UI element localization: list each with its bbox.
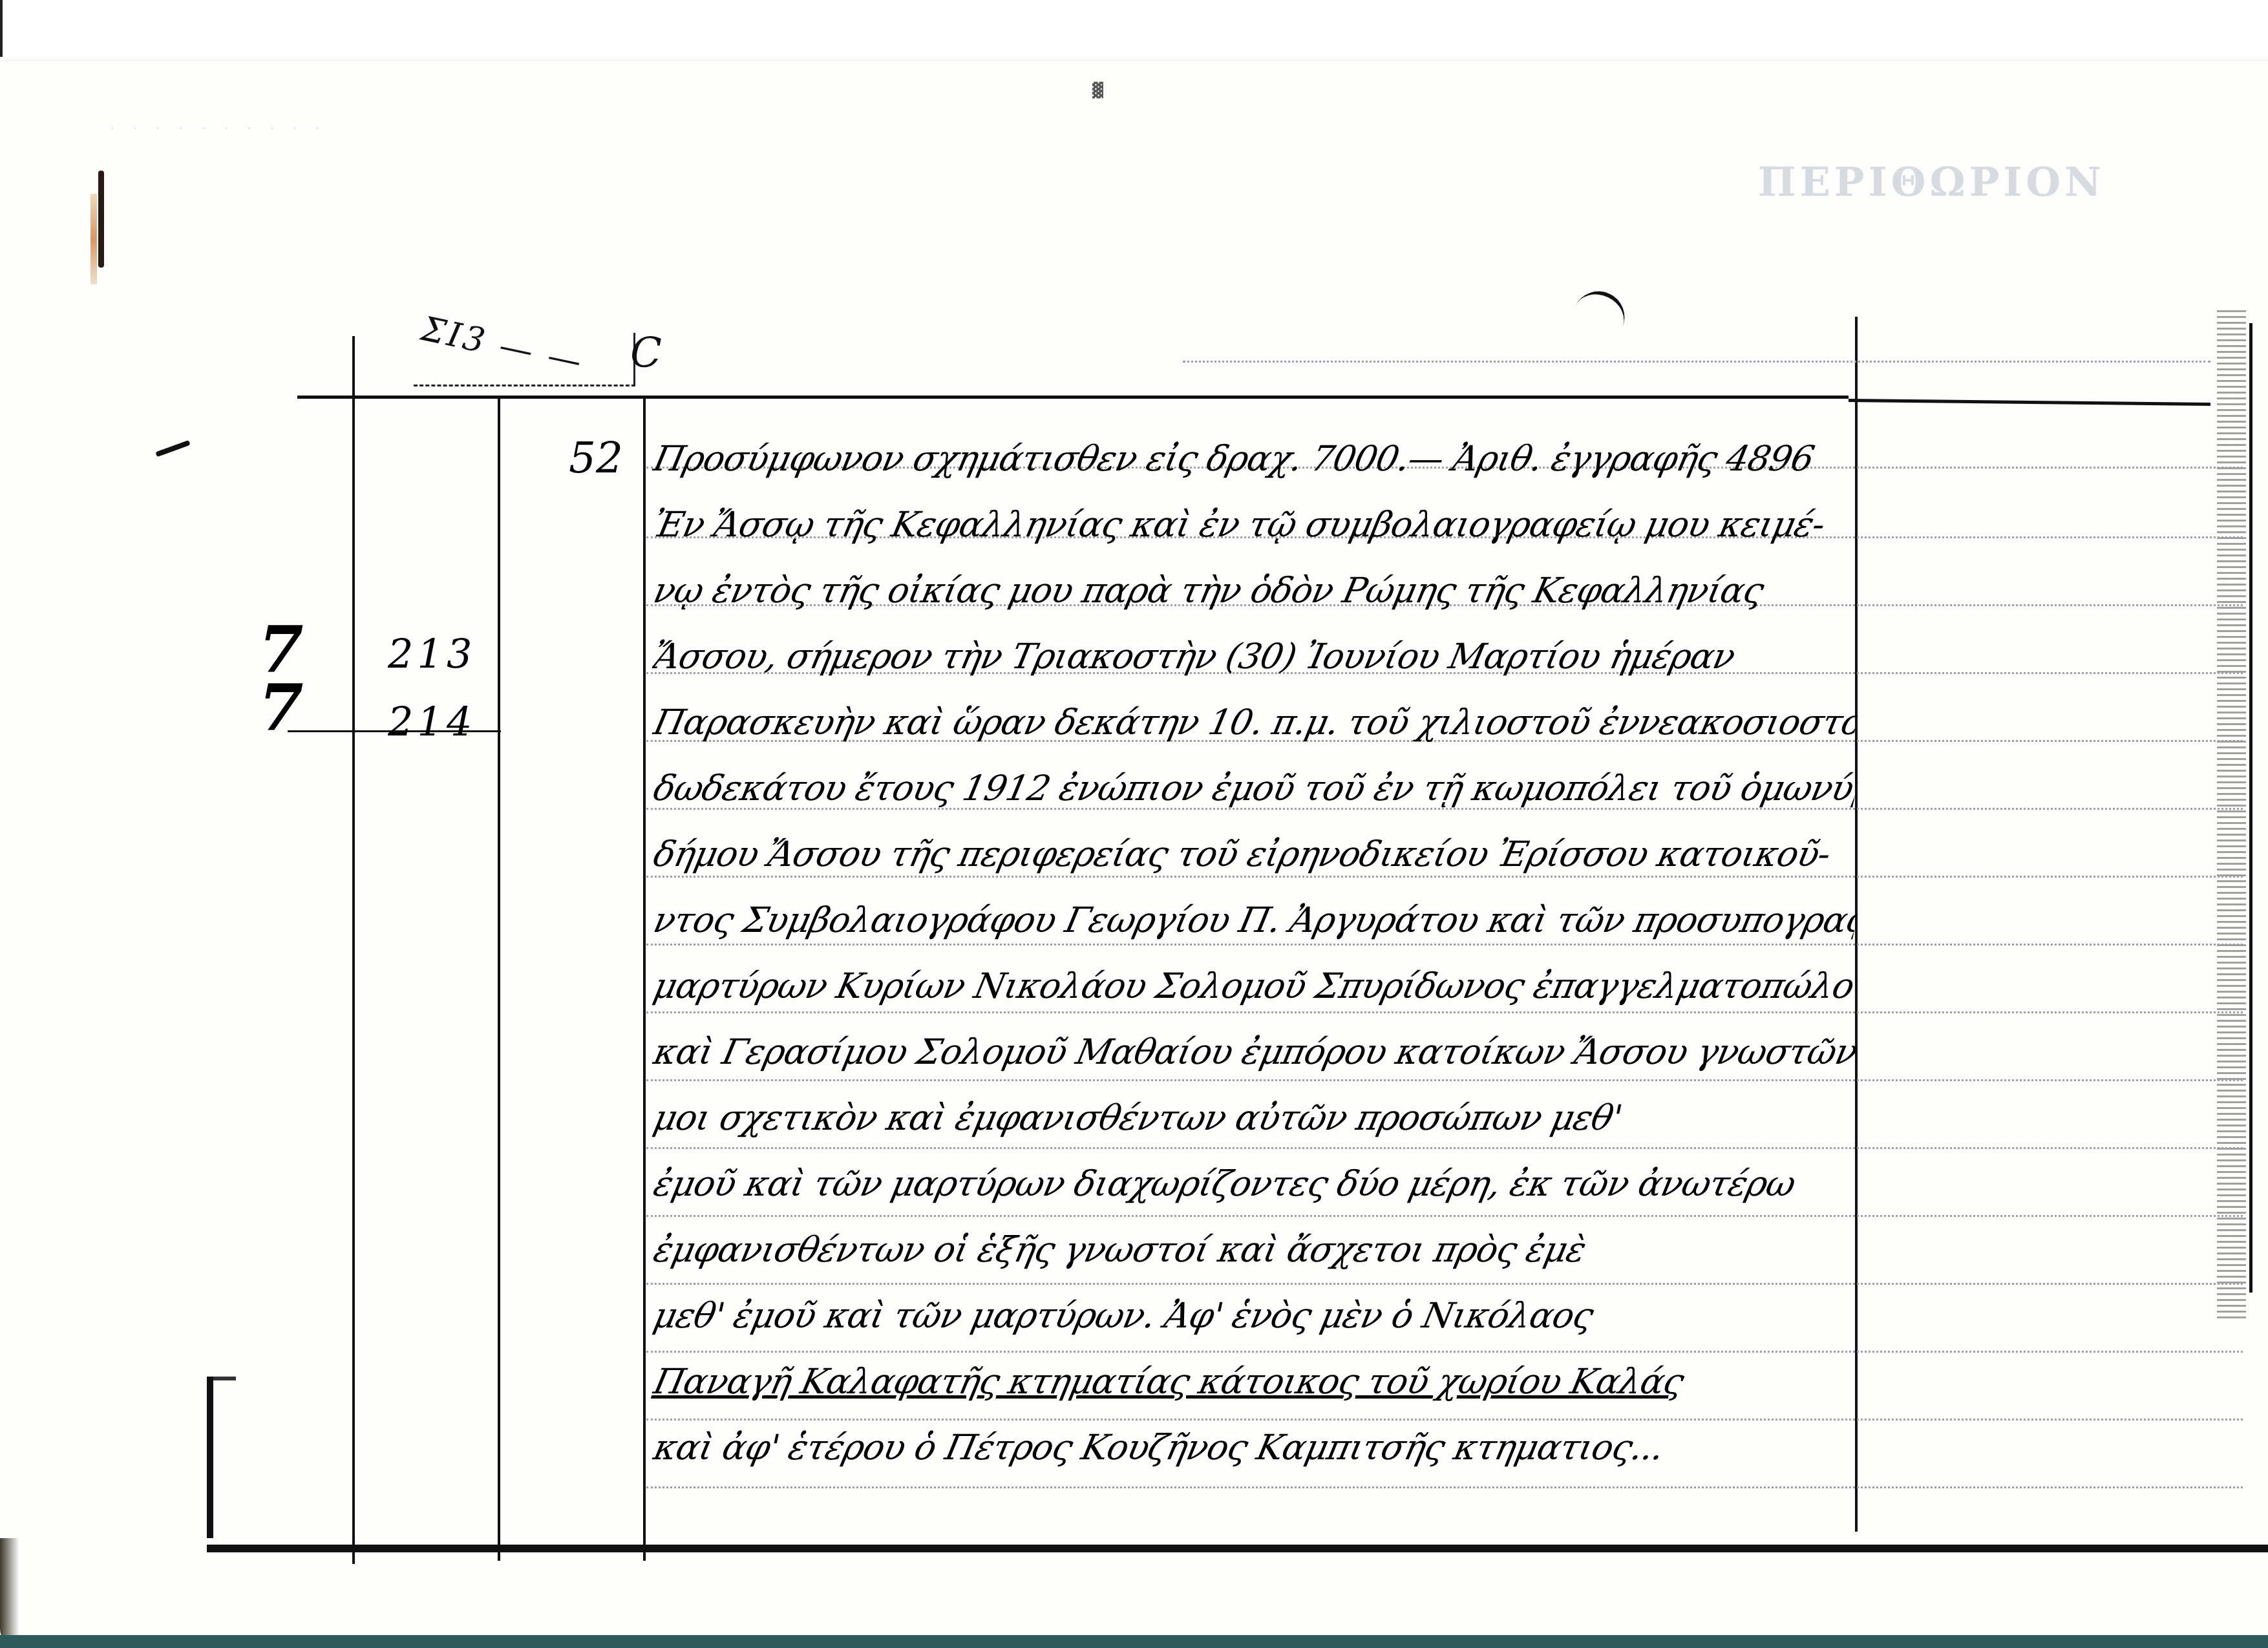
folio-number-2: 214 — [388, 698, 476, 745]
text-line: μαρτύρων Κυρίων Νικολάου Σολομοῦ Σπυρίδω… — [646, 960, 1862, 1026]
text-line: καὶ ἀφ' ἑτέρου ὁ Πέτρος Κουζῆνος Καμπιτσ… — [646, 1422, 1862, 1488]
margin-mark-2: 7 — [259, 679, 304, 737]
folio-number-1: 213 — [388, 630, 476, 677]
text-line: Παναγῆ Καλαφατῆς κτηματίας κάτοικος τοῦ … — [646, 1356, 1862, 1422]
text-line: Παρασκευὴν καὶ ὥραν δεκάτην 10. π.μ. τοῦ… — [646, 697, 1862, 763]
text-line: ἐμοῦ καὶ τῶν μαρτύρων διαχωρίζοντες δύο … — [646, 1158, 1862, 1224]
text-line: Ἄσσου, σήμερον τὴν Τριακοστὴν (30) Ἰουνί… — [646, 631, 1862, 697]
staple-pin-mark — [98, 171, 104, 268]
text-line: ἐμφανισθέντων οἱ ἑξῆς γνωστοί καὶ ἄσχετο… — [646, 1224, 1862, 1290]
column-rule-3 — [643, 397, 646, 1561]
table-top-rule — [297, 396, 1849, 399]
text-line: καὶ Γερασίμου Σολομοῦ Μαθαίου ἐμπόρου κα… — [646, 1026, 1862, 1092]
corner-bracket-top — [213, 1377, 236, 1380]
text-line: δωδεκάτου ἔτους 1912 ἐνώπιον ἐμοῦ τοῦ ἐν… — [646, 763, 1862, 829]
stamp-initial: C — [630, 330, 662, 377]
handwritten-entry-text: Προσύμφωνον σχημάτισθεν εἰς δραχ. 7000.—… — [653, 433, 1855, 1488]
column-rule-2 — [498, 397, 500, 1561]
corner-bracket — [207, 1377, 213, 1538]
text-line: μοι σχετικὸν καὶ ἐμφανισθέντων αὐτῶν προ… — [646, 1092, 1862, 1158]
margin-mark: 7 7 — [259, 620, 304, 737]
column-rule-5 — [2249, 323, 2252, 1293]
scan-speck: ▓ — [1092, 83, 1103, 99]
column-rule-1 — [352, 336, 355, 1564]
rust-stain — [90, 194, 97, 284]
text-line: δήμου Ἄσσου τῆς περιφερείας τοῦ εἰρηνοδι… — [646, 829, 1862, 894]
text-line: μεθ' ἐμοῦ καὶ τῶν μαρτύρων. Ἀφ' ἑνὸς μὲν… — [646, 1290, 1862, 1356]
scan-noise-edge — [2217, 310, 2246, 1318]
printed-left-header: · · · · · · · · · · — [110, 120, 326, 138]
entry-number: 52 — [569, 433, 623, 483]
page-curl-shadow — [0, 1538, 19, 1648]
text-line: ντος Συμβολαιογράφου Γεωργίου Π. Ἀργυράτ… — [646, 894, 1862, 960]
printed-header-margin: ΠΕΡΙΘΩΡΙΟΝ — [1758, 158, 2105, 206]
table-bottom-rule — [207, 1545, 2268, 1552]
text-line: νῳ ἐντὸς τῆς οἰκίας μου παρὰ τὴν ὁδὸν Ρώ… — [646, 565, 1862, 631]
dotted-rule — [1183, 361, 2210, 363]
text-line: Προσύμφωνον σχημάτισθεν εἰς δραχ. 7000.—… — [646, 433, 1862, 499]
text-line: Ἐν Ἄσσῳ τῆς Κεφαλληνίας καὶ ἐν τῷ συμβολ… — [646, 499, 1862, 565]
scanner-bed-edge — [0, 1635, 2268, 1648]
